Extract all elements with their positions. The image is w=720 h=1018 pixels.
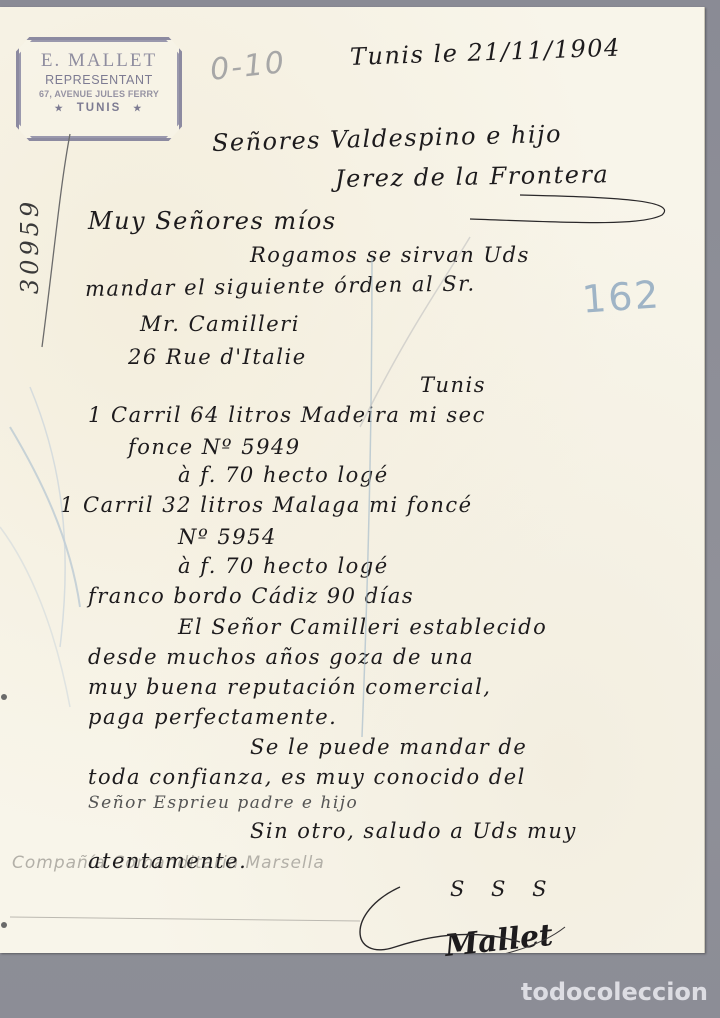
salutation: Muy Señores míos: [88, 207, 337, 235]
recipient-name: Señores Valdespino e hijo: [212, 120, 563, 157]
body-line: Sin otro, saludo a Uds muy: [250, 819, 577, 843]
recipient-city: Jerez de la Frontera: [335, 160, 610, 193]
body-line: à f. 70 hecto logé: [178, 554, 389, 578]
closing-initials: S S S: [450, 877, 557, 901]
blue-pencil-number: 162: [581, 272, 662, 321]
pencil-top-code: 0-10: [208, 45, 287, 88]
body-line: desde muchos años goza de una: [88, 645, 474, 669]
body-line: Señor Esprieu padre e hijo: [88, 793, 358, 813]
body-line: toda confianza, es muy conocido del: [88, 765, 526, 789]
body-line: 26 Rue d'Italie: [128, 345, 307, 369]
body-line: muy buena reputación comercial,: [88, 675, 491, 699]
body-line: Mr. Camilleri: [140, 312, 300, 336]
representative-stamp: E. MALLET REPRESENTANT 67, AVENUE JULES …: [16, 37, 182, 141]
stamp-address: 67, AVENUE JULES FERRY: [19, 89, 179, 99]
body-line: à f. 70 hecto logé: [178, 463, 389, 487]
body-line: fonce Nº 5949: [128, 435, 301, 459]
body-line: 1 Carril 32 litros Malaga mi foncé: [60, 493, 473, 517]
flourish-stroke: [470, 195, 665, 223]
watermark-text: todocoleccion: [521, 978, 708, 1006]
body-line: franco bordo Cádiz 90 días: [88, 584, 414, 608]
body-line: paga perfectamente.: [88, 705, 337, 729]
body-line: Se le puede mandar de: [250, 735, 527, 759]
margin-number: 30959: [16, 198, 44, 294]
place-and-date: Tunis le 21/11/1904: [350, 34, 622, 71]
stamp-name: E. MALLET: [19, 50, 179, 72]
letter-paper: E. MALLET REPRESENTANT 67, AVENUE JULES …: [0, 7, 705, 953]
body-line: atentamente.: [88, 849, 247, 873]
body-line: mandar el siguiente órden al Sr.: [85, 272, 476, 301]
body-line: El Señor Camilleri establecido: [178, 615, 547, 639]
body-line: Rogamos se sirvan Uds: [250, 243, 530, 267]
body-line: Nº 5954: [178, 525, 277, 549]
body-line: Tunis: [420, 373, 486, 397]
body-line: 1 Carril 64 litros Madeira mi sec: [88, 403, 486, 427]
